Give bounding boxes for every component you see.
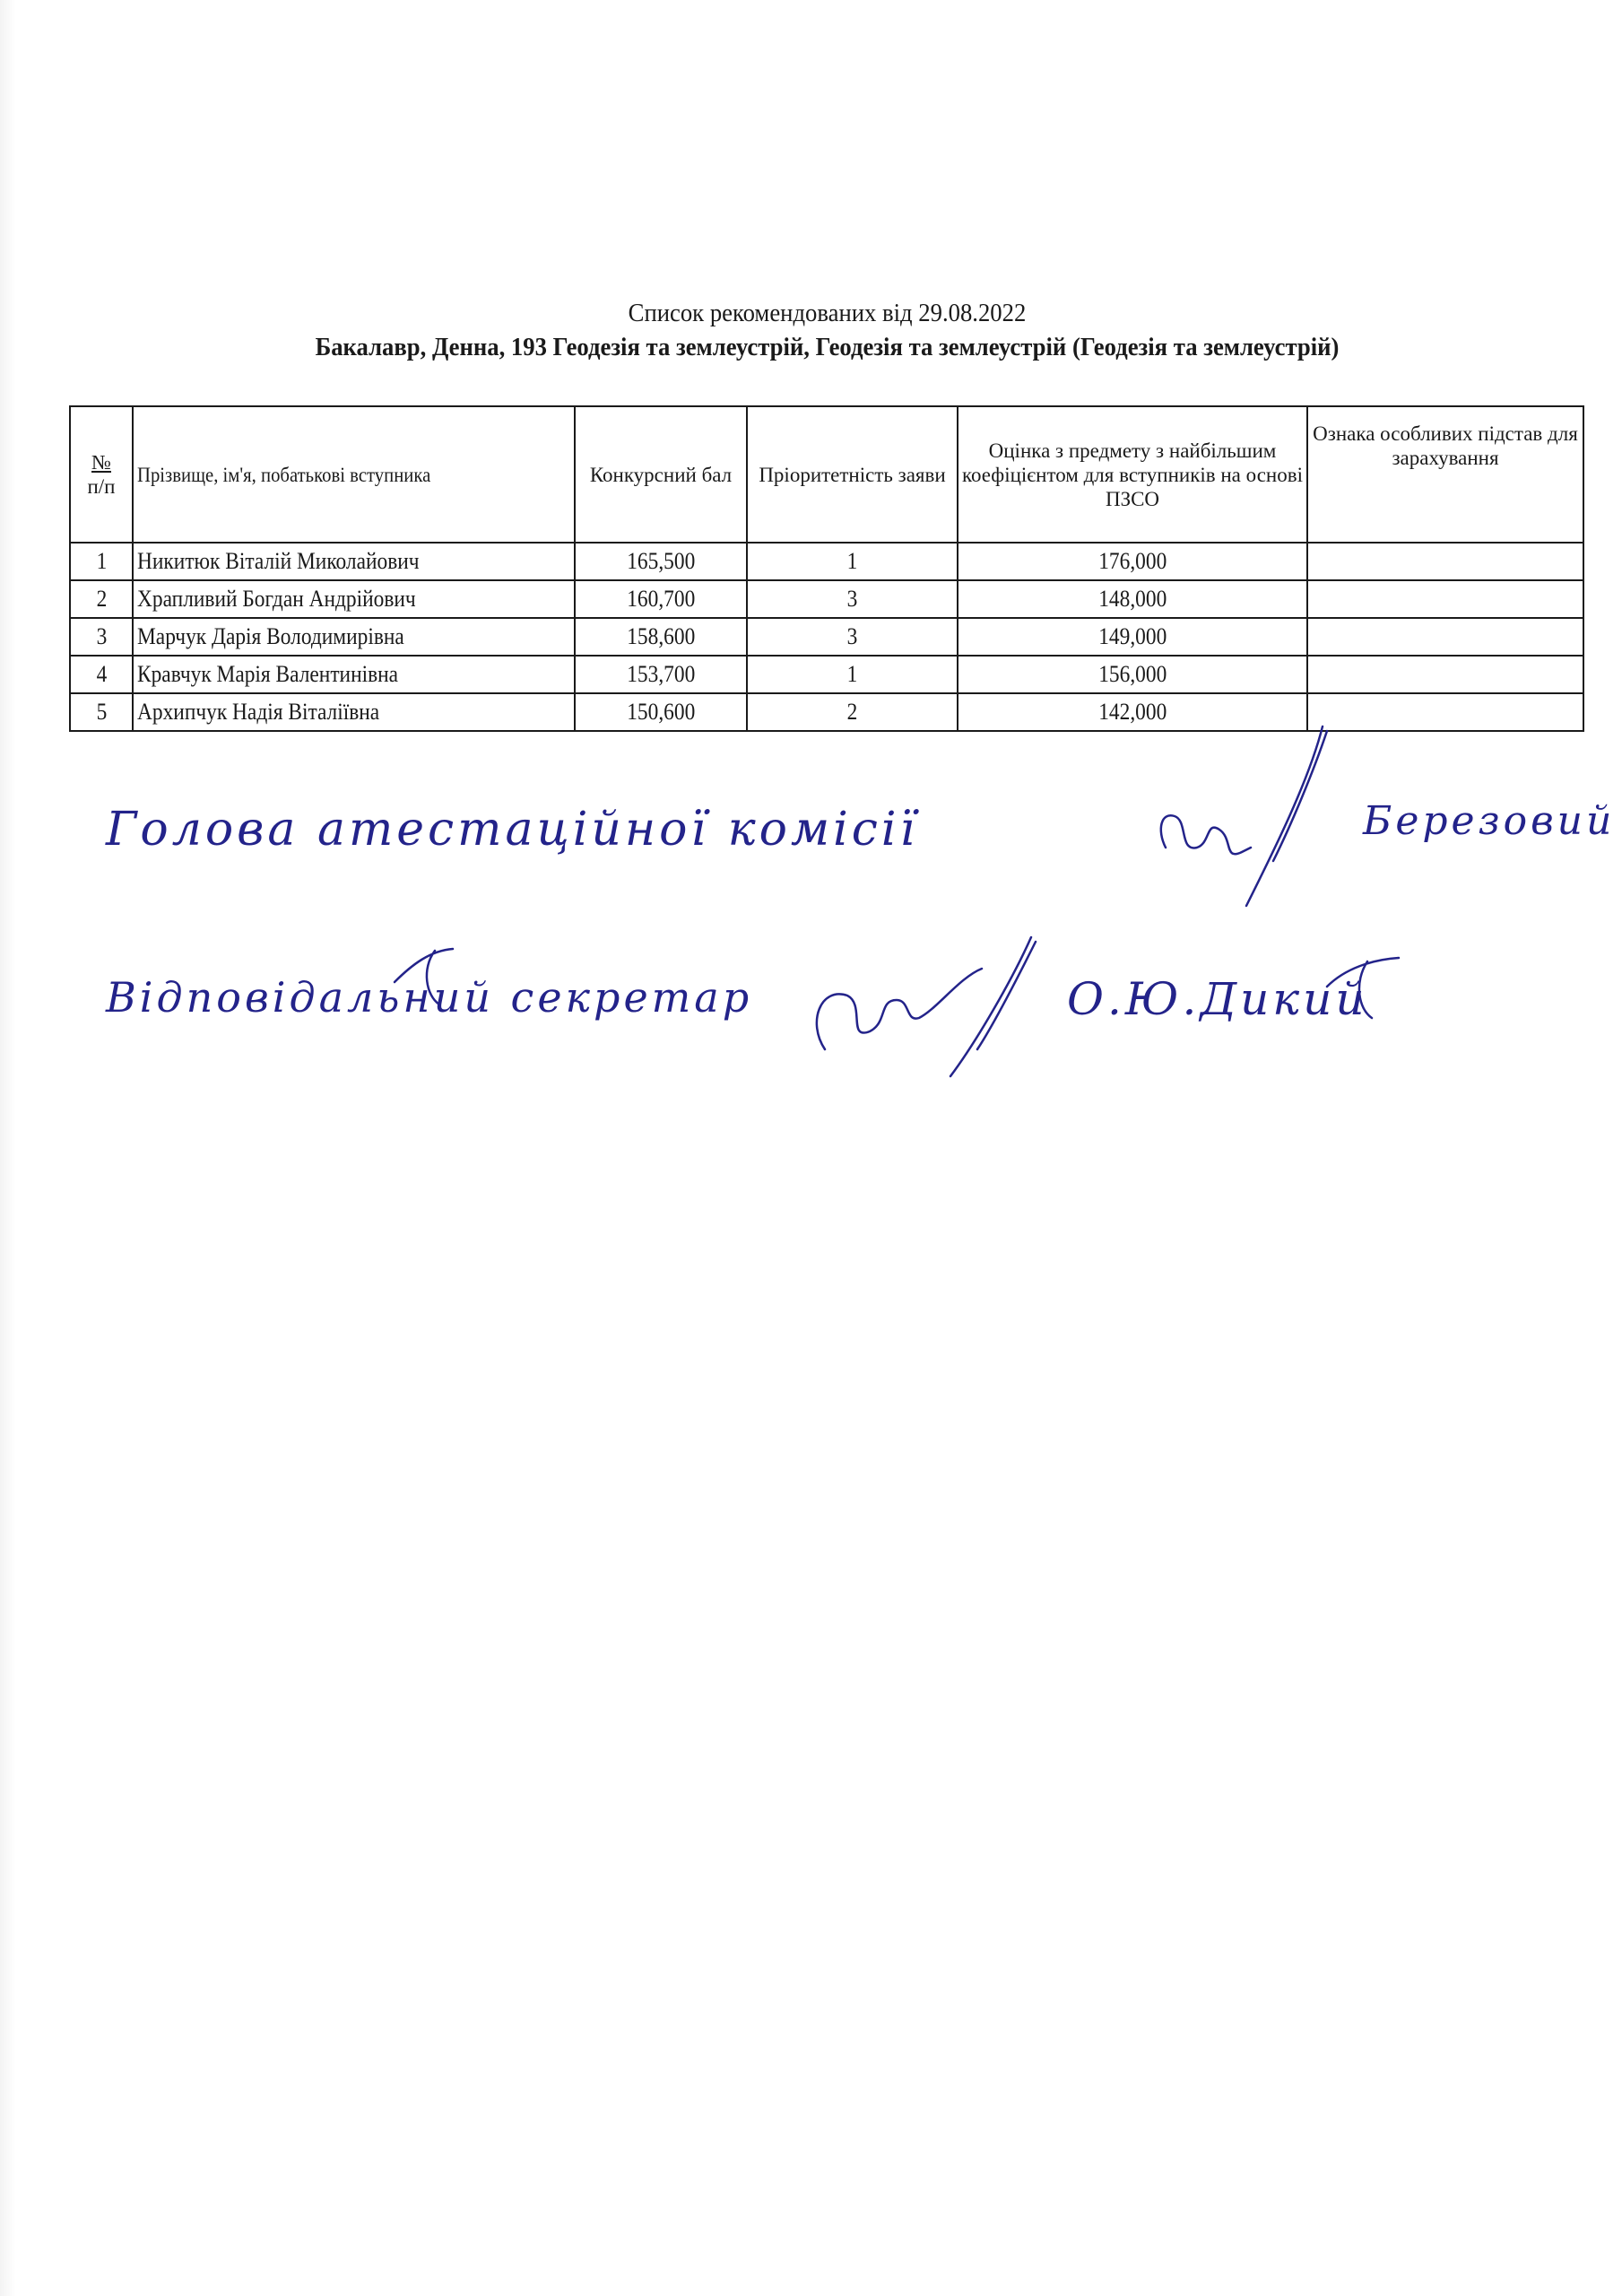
row-priority: 1: [747, 656, 958, 693]
row-subject-score-text: 176,000: [1098, 544, 1167, 579]
row-score: 158,600: [575, 618, 747, 656]
row-num-text: 1: [96, 544, 107, 579]
row-priority-text: 3: [847, 581, 858, 617]
row-priority: 1: [747, 543, 958, 580]
document-title: Список рекомендованих від 29.08.2022: [81, 298, 1573, 328]
header-priority: Пріоритетність заяви: [747, 406, 958, 543]
row-special-grounds: [1307, 656, 1583, 693]
table-row: 5Архипчук Надія Віталіївна150,6002142,00…: [70, 693, 1583, 731]
row-name: Марчук Дарія Володимирівна: [133, 618, 575, 656]
row-priority: 2: [747, 693, 958, 731]
chair-signature-icon: [1161, 815, 1251, 854]
row-subject-score: 176,000: [958, 543, 1307, 580]
table-row: 2Храпливий Богдан Андрійович160,7003148,…: [70, 580, 1583, 618]
row-num-text: 5: [96, 694, 107, 730]
chair-role-handwriting: Голова атестаційної комісії: [106, 803, 918, 857]
table-header-row: № п/п Прізвище, ім'я, побатькові вступни…: [70, 406, 1583, 543]
row-priority: 3: [747, 618, 958, 656]
recommended-list-table: № п/п Прізвище, ім'я, побатькові вступни…: [69, 405, 1584, 732]
row-score: 153,700: [575, 656, 747, 693]
secretary-name-handwriting: О.Ю.Дикий: [1067, 973, 1368, 1025]
row-score: 165,500: [575, 543, 747, 580]
chair-name-handwriting: Березовий О.Ю.: [1363, 798, 1622, 844]
row-subject-score: 156,000: [958, 656, 1307, 693]
header-num: № п/п: [70, 406, 133, 543]
row-score-text: 158,600: [627, 619, 695, 655]
row-subject-score: 148,000: [958, 580, 1307, 618]
header-special-grounds: Ознака особливих підстав для зарахування: [1307, 406, 1583, 543]
row-subject-score: 142,000: [958, 693, 1307, 731]
row-special-grounds: [1307, 693, 1583, 731]
secretary-role-handwriting: Відповідальний секретар: [106, 973, 752, 1022]
table-row: 3Марчук Дарія Володимирівна158,6003149,0…: [70, 618, 1583, 656]
row-subject-score: 149,000: [958, 618, 1307, 656]
row-name-text: Никитюк Віталій Миколайович: [137, 544, 420, 579]
row-score: 150,600: [575, 693, 747, 731]
table-row: 1Никитюк Віталій Миколайович165,5001176,…: [70, 543, 1583, 580]
row-num: 4: [70, 656, 133, 693]
row-num-text: 2: [96, 581, 107, 617]
row-score: 160,700: [575, 580, 747, 618]
row-special-grounds: [1307, 543, 1583, 580]
row-score-text: 150,600: [627, 694, 695, 730]
row-num-text: 3: [96, 619, 107, 655]
row-score-text: 165,500: [627, 544, 695, 579]
row-name: Архипчук Надія Віталіївна: [133, 693, 575, 731]
row-name-text: Архипчук Надія Віталіївна: [137, 694, 379, 730]
row-name-text: Марчук Дарія Володимирівна: [137, 619, 404, 655]
row-name-text: Храпливий Богдан Андрійович: [137, 581, 416, 617]
header-num-line2: п/п: [74, 474, 128, 499]
header-name: Прізвище, ім'я, побатькові вступника: [133, 406, 575, 543]
document-subtitle: Бакалавр, Денна, 193 Геодезія та землеус…: [81, 332, 1573, 362]
row-priority-text: 2: [847, 694, 858, 730]
scan-page-edge: [0, 0, 16, 2296]
row-subject-score-text: 149,000: [1098, 619, 1167, 655]
row-priority-text: 1: [847, 657, 858, 692]
row-num: 2: [70, 580, 133, 618]
secretary-signature-icon: [817, 969, 982, 1049]
table-row: 4Кравчук Марія Валентинівна153,7001156,0…: [70, 656, 1583, 693]
row-subject-score-text: 142,000: [1098, 694, 1167, 730]
row-priority-text: 1: [847, 544, 858, 579]
row-num: 3: [70, 618, 133, 656]
row-name-text: Кравчук Марія Валентинівна: [137, 657, 398, 692]
header-score: Конкурсний бал: [575, 406, 747, 543]
row-subject-score-text: 156,000: [1098, 657, 1167, 692]
row-subject-score-text: 148,000: [1098, 581, 1167, 617]
header-name-text: Прізвище, ім'я, побатькові вступника: [137, 463, 430, 487]
row-score-text: 160,700: [627, 581, 695, 617]
row-special-grounds: [1307, 580, 1583, 618]
row-name: Храпливий Богдан Андрійович: [133, 580, 575, 618]
row-priority: 3: [747, 580, 958, 618]
row-num-text: 4: [96, 657, 107, 692]
row-score-text: 153,700: [627, 657, 695, 692]
row-num: 5: [70, 693, 133, 731]
row-name: Никитюк Віталій Миколайович: [133, 543, 575, 580]
row-special-grounds: [1307, 618, 1583, 656]
header-subject-score: Оцінка з предмету з найбільшим коефіцієн…: [958, 406, 1307, 543]
row-priority-text: 3: [847, 619, 858, 655]
header-num-line1: №: [74, 450, 128, 474]
row-num: 1: [70, 543, 133, 580]
row-name: Кравчук Марія Валентинівна: [133, 656, 575, 693]
